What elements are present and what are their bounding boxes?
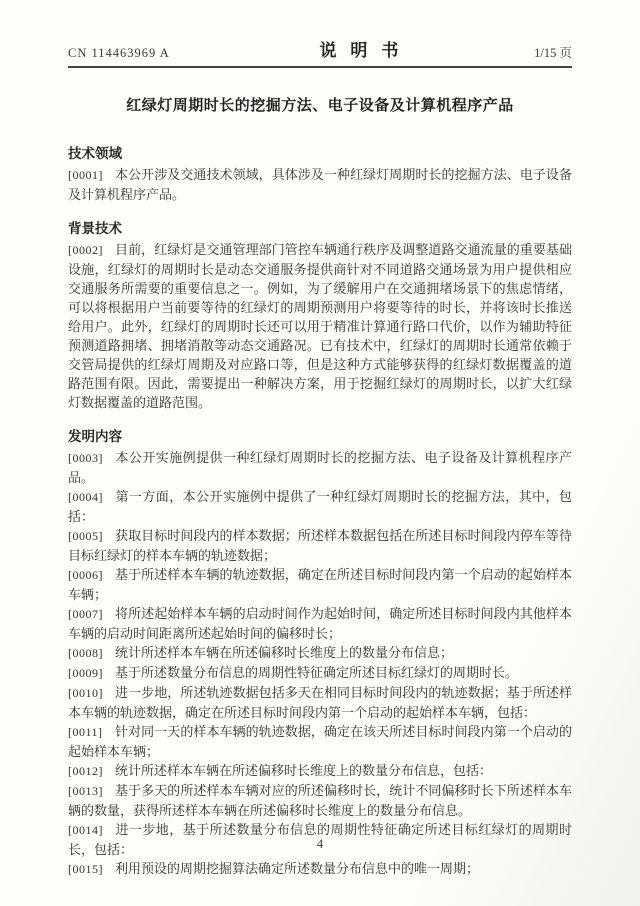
paragraph-number: [0008]	[68, 644, 115, 663]
paragraph-text: 利用预设的周期挖掘算法确定所述数量分布信息中的唯一周期；	[115, 861, 479, 876]
paragraph-text: 基于多天的所述样本车辆对应的所述偏移时长，统计不同偏移时长下所述样本车辆的数量，…	[68, 783, 572, 818]
paragraph-0008: [0008]统计所述样本车辆在所述偏移时长维度上的数量分布信息；	[68, 643, 572, 663]
paragraph-number: [0007]	[68, 605, 115, 624]
paragraph-text: 目前，红绿灯是交通管理部门管控车辆通行秩序及调整道路交通流量的重要基础设施，红绿…	[68, 242, 572, 410]
paragraph-text: 针对同一天的样本车辆的轨迹数据，确定在该天所述目标时间段内第一个启动的起始样本车…	[68, 724, 572, 759]
paragraph-number: [0011]	[68, 723, 115, 742]
sheet-page-number: 4	[0, 837, 640, 852]
paragraph-number: [0013]	[68, 782, 115, 801]
paragraph-0011: [0011]针对同一天的样本车辆的轨迹数据，确定在该天所述目标时间段内第一个启动…	[68, 722, 572, 761]
paragraph-0001: [0001]本公开涉及交通技术领域，具体涉及一种红绿灯周期时长的挖掘方法、电子设…	[68, 165, 572, 204]
paragraph-number: [0012]	[68, 762, 115, 781]
document-type-label: 说明书	[305, 36, 412, 61]
paragraph-number: [0004]	[68, 488, 115, 507]
section-heading-technical-field: 技术领域	[68, 144, 572, 163]
paragraph-number: [0003]	[68, 449, 115, 468]
paragraph-text: 获取目标时间段内的样本数据；所述样本数据包括在所述目标时间段内停车等待目标红绿灯…	[68, 528, 572, 563]
paragraph-number: [0010]	[68, 684, 115, 703]
paragraph-number: [0001]	[68, 166, 115, 185]
paragraph-text: 本公开实施例提供一种红绿灯周期时长的挖掘方法、电子设备及计算机程序产品。	[68, 450, 572, 485]
document-number: CN 114463969 A	[68, 46, 170, 61]
paragraph-0009: [0009]基于所述数量分布信息的周期性特征确定所述目标红绿灯的周期时长。	[68, 663, 572, 683]
section-heading-background: 背景技术	[68, 219, 572, 238]
paragraph-number: [0015]	[68, 860, 115, 879]
paragraph-0002: [0002]目前，红绿灯是交通管理部门管控车辆通行秩序及调整道路交通流量的重要基…	[68, 240, 572, 412]
page-indicator: 1/15 页	[534, 43, 572, 61]
paragraph-0007: [0007]将所述起始样本车辆的启动时间作为起始时间，确定所述目标时间段内其他样…	[68, 604, 572, 643]
paragraph-text: 统计所述样本车辆在所述偏移时长维度上的数量分布信息，包括：	[115, 763, 492, 778]
patent-document-page: CN 114463969 A 说明书 1/15 页 红绿灯周期时长的挖掘方法、电…	[0, 0, 640, 906]
paragraph-0012: [0012]统计所述样本车辆在所述偏移时长维度上的数量分布信息，包括：	[68, 761, 572, 781]
section-heading-summary: 发明内容	[68, 427, 572, 446]
paragraph-0004: [0004]第一方面，本公开实施例中提供了一种红绿灯周期时长的挖掘方法，其中，包…	[68, 487, 572, 526]
paragraph-number: [0002]	[68, 241, 115, 260]
paragraph-text: 将所述起始样本车辆的启动时间作为起始时间，确定所述目标时间段内其他样本车辆的启动…	[68, 606, 572, 641]
paragraph-0005: [0005]获取目标时间段内的样本数据；所述样本数据包括在所述目标时间段内停车等…	[68, 526, 572, 565]
paragraph-0013: [0013]基于多天的所述样本车辆对应的所述偏移时长，统计不同偏移时长下所述样本…	[68, 781, 572, 820]
paragraph-0015: [0015]利用预设的周期挖掘算法确定所述数量分布信息中的唯一周期；	[68, 859, 572, 879]
paragraph-0010: [0010]进一步地，所述轨迹数据包括多天在相同目标时间段内的轨迹数据；基于所述…	[68, 683, 572, 722]
paragraph-text: 本公开涉及交通技术领域，具体涉及一种红绿灯周期时长的挖掘方法、电子设备及计算机程…	[68, 167, 572, 202]
page-header: CN 114463969 A 说明书 1/15 页	[68, 36, 572, 61]
header-divider	[68, 66, 572, 68]
paragraph-text: 基于所述样本车辆的轨迹数据，确定在所述目标时间段内第一个启动的起始样本车辆；	[68, 567, 572, 602]
paragraph-0003: [0003]本公开实施例提供一种红绿灯周期时长的挖掘方法、电子设备及计算机程序产…	[68, 448, 572, 487]
paragraph-text: 进一步地，所述轨迹数据包括多天在相同目标时间段内的轨迹数据；基于所述样本车辆的轨…	[68, 685, 572, 720]
paragraph-text: 统计所述样本车辆在所述偏移时长维度上的数量分布信息；	[115, 645, 453, 660]
paragraph-text: 基于所述数量分布信息的周期性特征确定所述目标红绿灯的周期时长。	[115, 665, 518, 680]
paragraph-number: [0009]	[68, 664, 115, 683]
paragraph-number: [0005]	[68, 527, 115, 546]
paragraph-text: 第一方面，本公开实施例中提供了一种红绿灯周期时长的挖掘方法，其中，包括：	[68, 489, 572, 524]
patent-title: 红绿灯周期时长的挖掘方法、电子设备及计算机程序产品	[68, 94, 572, 115]
paragraph-number: [0006]	[68, 566, 115, 585]
paragraph-0006: [0006]基于所述样本车辆的轨迹数据，确定在所述目标时间段内第一个启动的起始样…	[68, 565, 572, 604]
